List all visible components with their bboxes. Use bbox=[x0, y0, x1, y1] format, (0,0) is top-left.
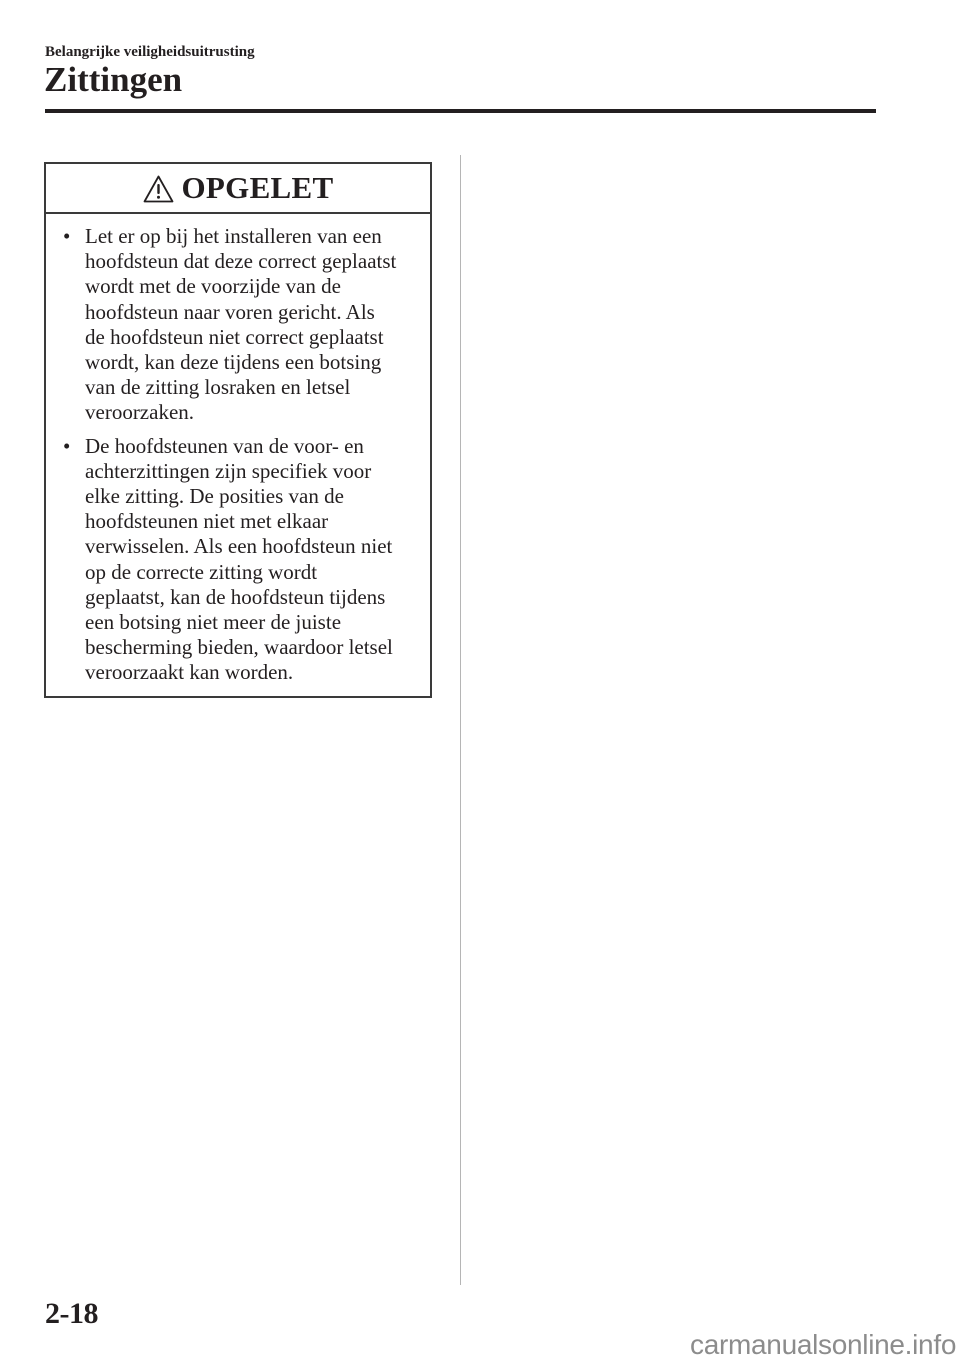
section-label: Belangrijke veiligheidsuitrusting bbox=[45, 43, 255, 61]
caution-box: OPGELET • Let er op bij het installeren … bbox=[44, 162, 432, 698]
warning-triangle-icon bbox=[143, 175, 174, 203]
bullet-icon: • bbox=[62, 434, 85, 459]
bullet-text: Let er op bij het installeren van een ho… bbox=[85, 224, 396, 426]
page-title: Zittingen bbox=[44, 60, 182, 100]
bullet-item: • Let er op bij het installeren van een … bbox=[62, 224, 424, 426]
bullet-item: • De hoofdsteunen van de voor- en achter… bbox=[62, 434, 424, 686]
page-number: 2-18 bbox=[45, 1297, 98, 1331]
caution-header: OPGELET bbox=[46, 164, 430, 214]
caution-body: • Let er op bij het installeren van een … bbox=[46, 214, 430, 686]
caution-title: OPGELET bbox=[182, 170, 334, 206]
bullet-icon: • bbox=[62, 224, 85, 249]
bullet-text: De hoofdsteunen van de voor- en achterzi… bbox=[85, 434, 393, 686]
header-rule bbox=[45, 109, 876, 113]
watermark: carmanualsonline.info bbox=[690, 1330, 956, 1360]
column-divider bbox=[460, 155, 461, 1285]
